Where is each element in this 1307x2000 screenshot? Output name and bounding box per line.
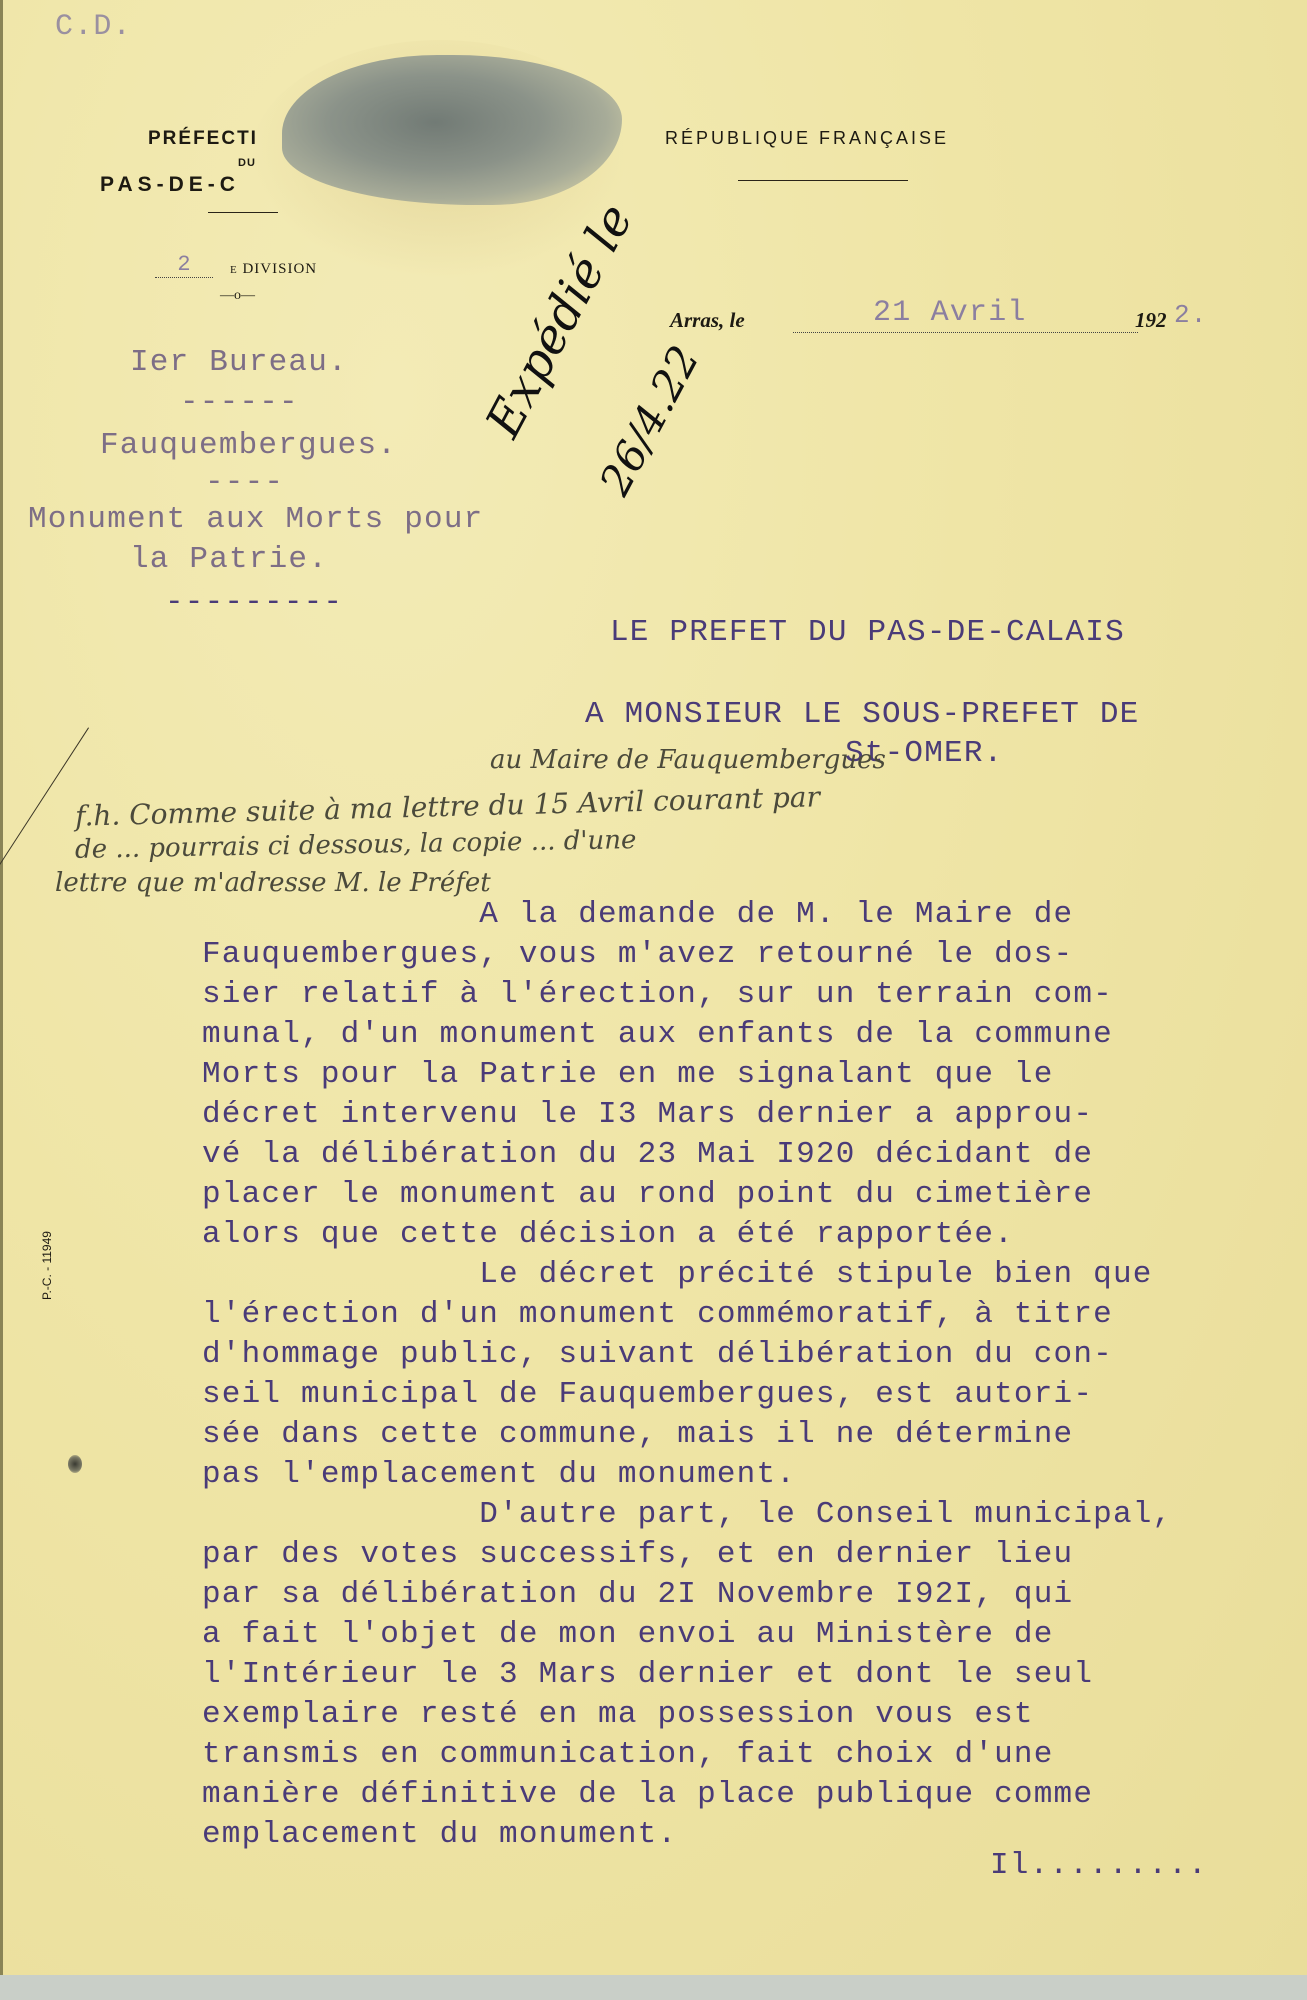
reference-separator-2: ---- xyxy=(205,465,284,500)
body-line: seil municipal de Fauquembergues, est au… xyxy=(202,1375,1292,1415)
letter-body: A la demande de M. le Maire de Fauquembe… xyxy=(202,895,1292,1855)
printer-mark: P.-C. - 11949 xyxy=(40,1231,54,1300)
dateline-place: Arras, le xyxy=(670,308,745,333)
body-line: pas l'emplacement du monument. xyxy=(202,1455,1292,1495)
reference-separator-3: --------- xyxy=(165,585,343,620)
body-line: D'autre part, le Conseil municipal, xyxy=(202,1495,1292,1535)
republic-ornament xyxy=(738,180,908,181)
body-line: Fauquembergues, vous m'avez retourné le … xyxy=(202,935,1292,975)
dateline-day-month: 21 Avril xyxy=(873,296,1027,330)
body-line: par sa délibération du 2I Novembre I92I,… xyxy=(202,1575,1292,1615)
page-edge xyxy=(0,0,3,1975)
division-number: 2 xyxy=(155,252,213,278)
dateline-dotted: 21 Avril xyxy=(793,300,1138,333)
dateline-year-suffix: 2. xyxy=(1174,300,1208,330)
pencil-note-line-4: lettre que m'adresse M. le Préfet xyxy=(55,868,491,898)
body-line: sée dans cette commune, mais il ne déter… xyxy=(202,1415,1292,1455)
body-line: a fait l'objet de mon envoi au Ministère… xyxy=(202,1615,1292,1655)
sender-heading: LE PREFET DU PAS-DE-CALAIS xyxy=(610,615,1125,650)
dateline-year-prefix: 192 xyxy=(1135,308,1167,333)
body-line: sier relatif à l'érection, sur un terrai… xyxy=(202,975,1292,1015)
reference-commune: Fauquembergues. xyxy=(100,428,397,463)
reference-bureau: Ier Bureau. xyxy=(130,345,348,380)
ink-stain xyxy=(282,55,622,205)
body-line: transmis en communication, fait choix d'… xyxy=(202,1735,1292,1775)
reference-separator-1: ------ xyxy=(180,385,299,420)
division-label: e DIVISION xyxy=(230,261,317,278)
letterhead-du: DU xyxy=(238,157,256,169)
letterhead-ornament xyxy=(208,212,278,213)
recipient-line-1: A MONSIEUR LE SOUS-PREFET DE xyxy=(585,697,1140,732)
reference-subject-line-1: Monument aux Morts pour xyxy=(28,502,483,537)
scan-background xyxy=(0,1975,1307,2000)
body-line: placer le monument au rond point du cime… xyxy=(202,1175,1292,1215)
body-line: par des votes successifs, et en dernier … xyxy=(202,1535,1292,1575)
body-line: l'érection d'un monument commémoratif, à… xyxy=(202,1295,1292,1335)
body-line: manière définitive de la place publique … xyxy=(202,1775,1292,1815)
body-line: exemplaire resté en ma possession vous e… xyxy=(202,1695,1292,1735)
division-separator: —o— xyxy=(220,288,255,304)
letterhead-prefecture: PRÉFECTI xyxy=(148,128,258,150)
continuation-marker: Il......... xyxy=(990,1848,1208,1883)
body-line: d'hommage public, suivant délibération d… xyxy=(202,1335,1292,1375)
pencil-note-line-1: au Maire de Fauquembergues xyxy=(490,745,886,775)
corner-mark: C.D. xyxy=(55,10,132,44)
reference-subject-line-2: la Patrie. xyxy=(130,542,328,577)
body-line: alors que cette décision a été rapportée… xyxy=(202,1215,1292,1255)
body-line: vé la délibération du 23 Mai I920 décida… xyxy=(202,1135,1292,1175)
letterhead-department: PAS-DE-C xyxy=(100,173,240,197)
ink-blot xyxy=(68,1455,82,1473)
republic-heading: RÉPUBLIQUE FRANÇAISE xyxy=(665,128,949,149)
body-line: munal, d'un monument aux enfants de la c… xyxy=(202,1015,1292,1055)
body-line: Morts pour la Patrie en me signalant que… xyxy=(202,1055,1292,1095)
body-line: l'Intérieur le 3 Mars dernier et dont le… xyxy=(202,1655,1292,1695)
body-line: A la demande de M. le Maire de xyxy=(202,895,1292,935)
body-line: Le décret précité stipule bien que xyxy=(202,1255,1292,1295)
body-line: décret intervenu le I3 Mars dernier a ap… xyxy=(202,1095,1292,1135)
